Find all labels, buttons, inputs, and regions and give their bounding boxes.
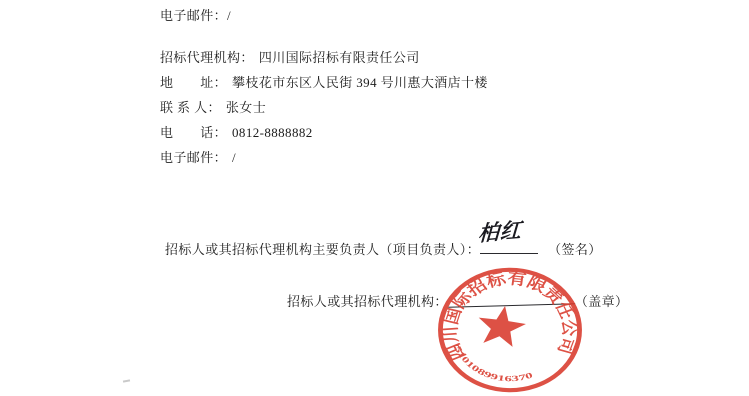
agency-address-label: 地 址： (160, 75, 227, 90)
agency-email-value: / (232, 150, 236, 165)
agency-phone-label: 电 话： (160, 125, 227, 140)
email-label: 电子邮件： (160, 8, 227, 23)
agency-phone-value: 0812-8888882 (232, 125, 313, 140)
agency-name-row: 招标代理机构：四川国际招标有限责任公司 (160, 45, 488, 70)
agency-name-value: 四川国际招标有限责任公司 (259, 50, 420, 65)
signature-slot: 柏红 (480, 239, 538, 254)
org-seal-label: 招标人或其招标代理机构： (287, 294, 448, 309)
scan-artifact (123, 379, 130, 382)
agency-contact-person-row: 联 系 人：张女士 (160, 95, 488, 120)
agency-name-label: 招标代理机构： (160, 50, 254, 65)
signature-suffix: （签名） (548, 242, 602, 257)
org-seal-line: 招标人或其招标代理机构：（盖章） (287, 292, 628, 310)
leader-signature-line: 招标人或其招标代理机构主要负责人（项目负责人）：柏红（签名） (165, 239, 602, 258)
agency-email-row: 电子邮件：/ (160, 145, 488, 170)
agency-email-label: 电子邮件： (160, 150, 227, 165)
email-value: / (227, 8, 231, 23)
official-seal-graphic: 四川国际招标有限责任公司 5101089916370 (436, 266, 584, 394)
seal-suffix: （盖章） (575, 294, 629, 309)
agency-contact-person-label: 联 系 人： (160, 100, 221, 115)
handwritten-signature: 柏红 (478, 222, 523, 243)
agency-address-row: 地 址：攀枝花市东区人民街 394 号川惠大酒店十楼 (160, 70, 488, 95)
agency-address-value: 攀枝花市东区人民街 394 号川惠大酒店十楼 (232, 75, 488, 90)
agency-contact-person-value: 张女士 (226, 100, 266, 115)
document-page: 电子邮件：/ 招标代理机构：四川国际招标有限责任公司 地 址：攀枝花市东区人民街… (0, 0, 749, 396)
agency-contact-block: 招标代理机构：四川国际招标有限责任公司 地 址：攀枝花市东区人民街 394 号川… (160, 45, 488, 170)
seal-company-text: 四川国际招标有限责任公司 (440, 269, 580, 363)
seal-underline (448, 290, 575, 308)
leader-signature-label: 招标人或其招标代理机构主要负责人（项目负责人）： (165, 242, 480, 257)
agency-phone-row: 电 话：0812-8888882 (160, 120, 488, 145)
official-seal: 四川国际招标有限责任公司 5101089916370 (436, 266, 584, 394)
seal-ring (440, 270, 579, 390)
email-line-top: 电子邮件：/ (160, 7, 231, 24)
seal-code-text: 5101089916370 (452, 345, 534, 384)
